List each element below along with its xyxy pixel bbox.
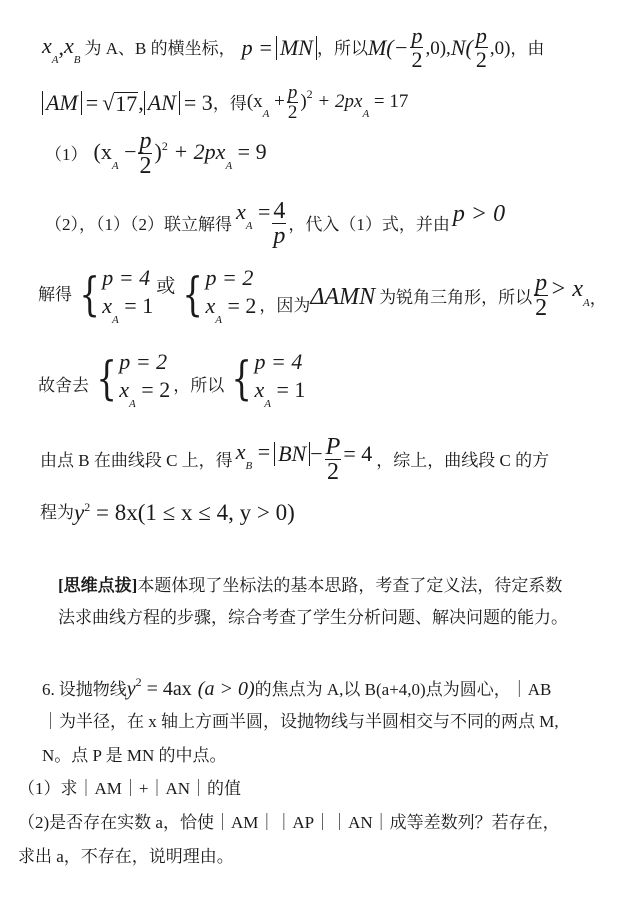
fraction-p-over-2: p2 — [287, 83, 299, 123]
math-m-tail: ,0), — [425, 39, 450, 58]
text: （1）求｜AM｜+｜AN｜的值 — [18, 780, 241, 797]
problem-6-line-2: ｜为半径，在 x 轴上方画半圆，设抛物线与半圆相交与不同的两点 M, — [42, 709, 559, 733]
math-expr: (xA − — [94, 141, 137, 167]
equals: = — [86, 92, 98, 114]
solution-line-8: 程为 y2 = 8x(1 ≤ x ≤ 4, y > 0) — [40, 494, 295, 530]
math-xb: xB = — [236, 441, 270, 467]
math-expr: (xA + — [247, 92, 285, 115]
solution-line-6: 故舍去 { p = 2 xA = 2 ，所以 { p = 4 xA = 1 — [38, 342, 308, 414]
math-cond: p > 0 — [453, 202, 505, 226]
math-gt-xa: > xA — [550, 277, 590, 304]
problem-6-line-1: 6. 设抛物线 y2 = 4ax (a > 0) 的焦点为 A,以 B(a+4,… — [42, 674, 551, 704]
text: ｜为半径，在 x 轴上方画半圆，设抛物线与半圆相交与不同的两点 M, — [42, 713, 559, 730]
solution-line-1: xA , xB 为 A、B 的横坐标， p = MN ，所以 M(− p2 ,0… — [42, 30, 544, 66]
text: 故舍去 — [38, 377, 89, 394]
text: ，所以 — [317, 40, 368, 57]
problem-6-question-2: （2)是否存在实数 a，恰使｜AM｜｜AP｜｜AN｜成等差数列？若存在， — [18, 810, 560, 834]
math-parabola: y2 = 4ax — [127, 679, 192, 699]
math-abs-bn: BN — [274, 442, 310, 466]
equation-label: （1） — [45, 146, 88, 163]
text: 由点 B 在曲线段 C 上，得 — [40, 452, 233, 469]
math-sqrt-17: √17 — [102, 92, 138, 115]
math-n-tail: ,0) — [490, 39, 511, 58]
tip-text: 法求曲线方程的步骤，综合考查了学生分析问题、解决问题的能力。 — [58, 609, 568, 626]
tip-line-2: 法求曲线方程的步骤，综合考查了学生分析问题、解决问题的能力。 — [58, 605, 568, 629]
equation-system: { p = 4 xA = 1 — [227, 351, 305, 405]
math-cond: (a > 0) — [198, 679, 255, 699]
math-n-point: N( — [451, 37, 473, 59]
text: N。点 P 是 MN 的中点。 — [42, 747, 227, 764]
solution-line-5: 解得 { p = 4 xA = 1 或 { p = 2 xA = 2 ，因为 Δ… — [38, 258, 607, 330]
text: 为 A、B 的横坐标， — [85, 40, 236, 57]
solution-line-2: AM = √17 , AN = 3 ，得 (xA + p2 )2 + 2pxA … — [42, 78, 408, 128]
solution-line-4: （2），（1）（2）联立解得 xA = 4p ，代入（1）式，并由 p > 0 — [45, 196, 505, 252]
math-xa: xA — [42, 35, 59, 61]
math-abs-an: AN — [144, 91, 180, 115]
text: ，因为 — [259, 297, 310, 314]
math-eq-3: = 3 — [184, 92, 213, 114]
text: 为锐角三角形，所以 — [379, 289, 532, 306]
fraction-p-over-2: p2 — [534, 271, 548, 321]
text: 解得 — [38, 286, 72, 303]
text: ， — [590, 290, 607, 307]
equation-system: { p = 4 xA = 1 — [75, 267, 153, 321]
fraction-4-over-p: 4p — [272, 199, 286, 249]
problem-number: 6. — [42, 681, 55, 698]
fraction-p-over-2: p2 — [410, 25, 423, 71]
math-eq-4: = 4 — [343, 443, 372, 465]
math-abs-mn: MN — [276, 36, 317, 60]
tip-line-1: [思维点拔] 本题体现了坐标法的基本思路，考查了定义法，待定系数 — [58, 573, 562, 597]
math-p-eq: p = — [242, 37, 273, 59]
tip-label: [思维点拔] — [58, 577, 137, 594]
tip-text: 本题体现了坐标法的基本思路，考查了定义法，待定系数 — [137, 577, 562, 594]
text: ，综上，曲线段 C 的方 — [376, 452, 549, 469]
math-expr-rest: )2 + 2pxA = 17 — [300, 92, 408, 115]
fraction-p-over-2: p2 — [475, 25, 488, 71]
math-abs-am: AM — [42, 91, 82, 115]
text: 的焦点为 A,以 B(a+4,0)点为圆心，｜AB — [255, 681, 552, 698]
text: ，代入（1）式，并由 — [288, 216, 450, 233]
minus: − — [310, 443, 322, 465]
text: 设抛物线 — [59, 681, 127, 698]
problem-6-line-3: N。点 P 是 MN 的中点。 — [42, 743, 227, 767]
solution-line-7: 由点 B 在曲线段 C 上，得 xB = BN − P2 = 4 ，综上，曲线段… — [40, 432, 549, 488]
math-xb: xB — [64, 35, 81, 61]
text: 程为 — [40, 504, 74, 521]
fraction-P-over-2: P2 — [325, 435, 342, 485]
text-or: 或 — [156, 277, 175, 296]
equation-system: { p = 2 xA = 2 — [178, 267, 256, 321]
problem-6-question-2-cont: 求出 a，不存在，说明理由。 — [18, 844, 234, 868]
text: ，得 — [213, 95, 247, 112]
math-triangle: ΔAMN — [310, 285, 375, 309]
text: ，由 — [510, 40, 544, 57]
text: （2），（1）（2）联立解得 — [45, 216, 232, 233]
math-expr-rest: )2 + 2pxA = 9 — [154, 141, 266, 167]
solution-line-3: （1） (xA − p2 )2 + 2pxA = 9 — [45, 128, 267, 180]
text: ，所以 — [173, 377, 224, 394]
math-curve-eq: y2 = 8x(1 ≤ x ≤ 4, y > 0) — [74, 501, 295, 524]
problem-6-question-1: （1）求｜AM｜+｜AN｜的值 — [18, 776, 241, 800]
equation-system: { p = 2 xA = 2 — [92, 351, 170, 405]
math-m-point: M(− — [368, 37, 409, 59]
fraction-p-over-2: p2 — [138, 129, 152, 179]
text: 求出 a，不存在，说明理由。 — [18, 848, 234, 865]
text: （2)是否存在实数 a，恰使｜AM｜｜AP｜｜AN｜成等差数列？若存在， — [18, 814, 560, 831]
math-xa: xA = — [236, 201, 270, 227]
